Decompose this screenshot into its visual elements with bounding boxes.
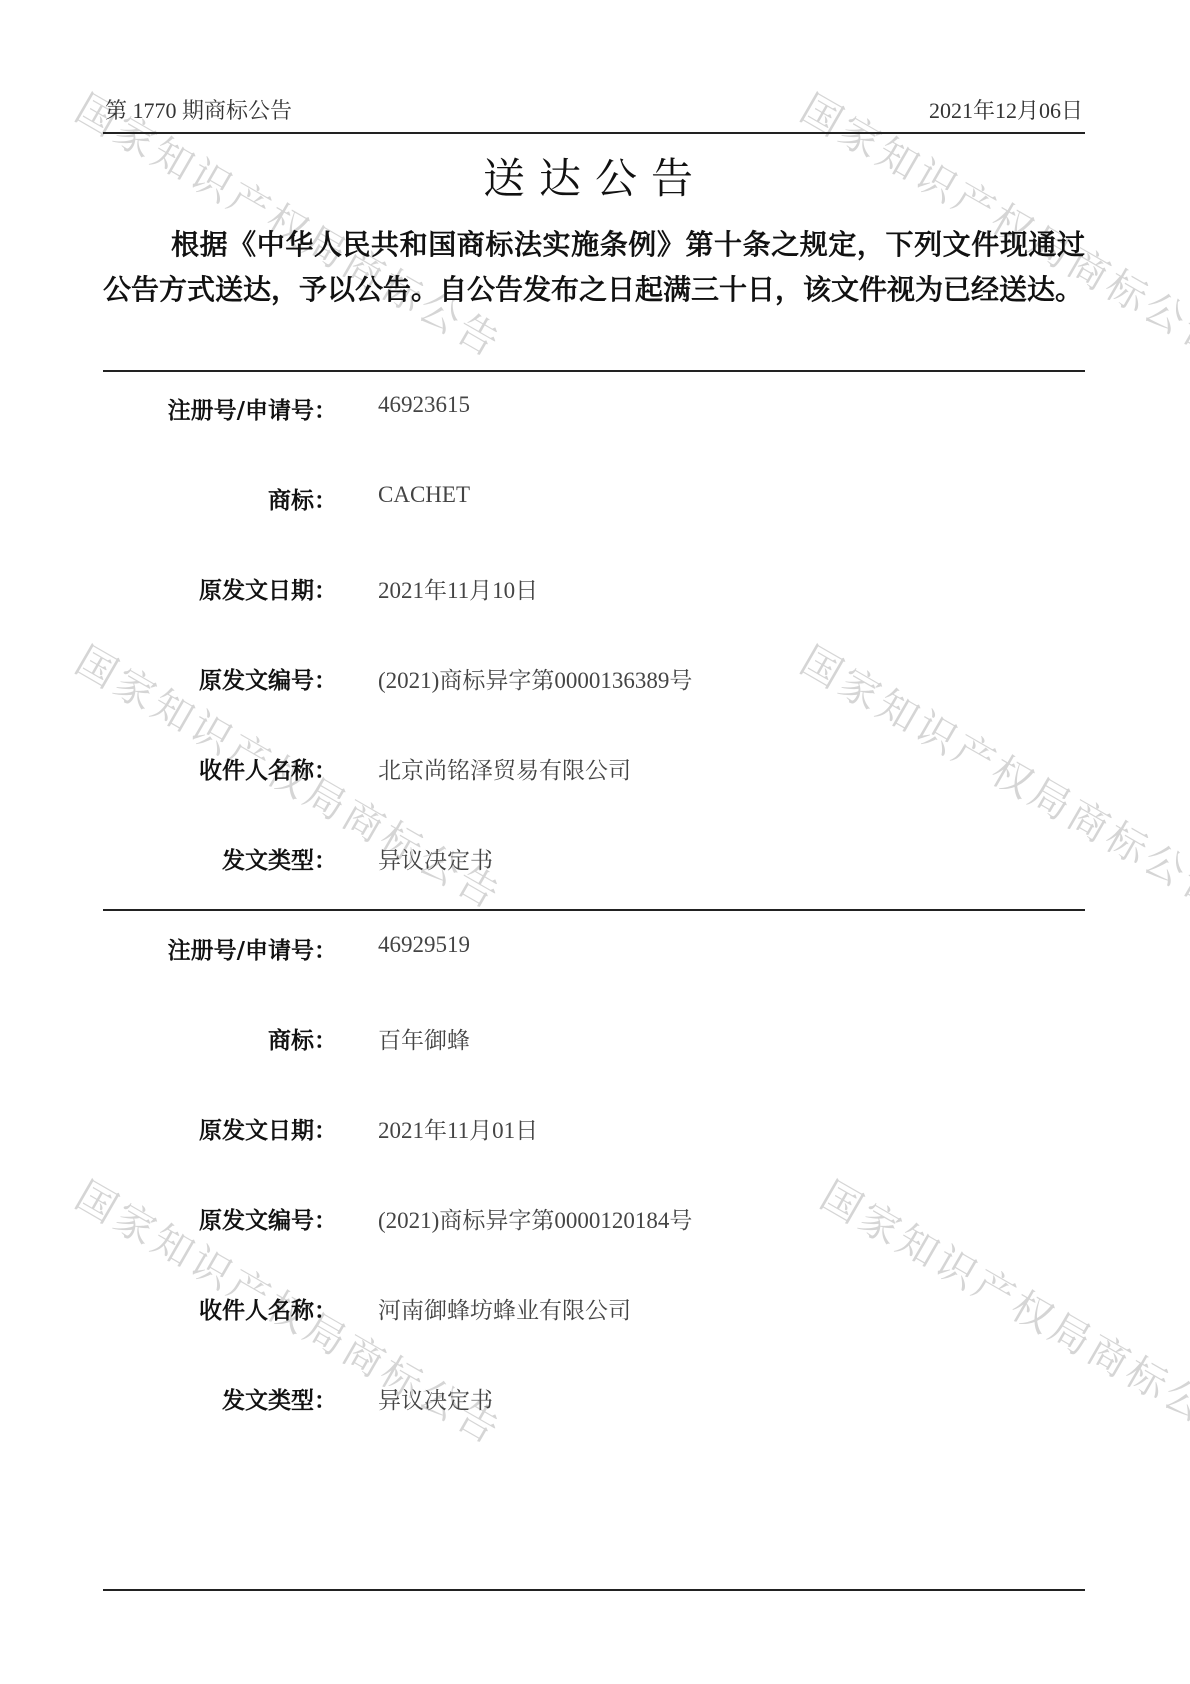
orig-doc-no-value: (2021)商标异字第0000120184号: [378, 1202, 692, 1235]
field-trademark: 商标： 百年御蜂: [0, 1022, 1190, 1062]
field-label: 注册号/申请号：: [168, 932, 337, 965]
page-title: 送达公告: [0, 146, 1190, 206]
field-label: 商标：: [268, 482, 337, 515]
field-reg-no: 注册号/申请号： 46923615: [0, 392, 1190, 432]
divider: [103, 909, 1085, 911]
field-label: 商标：: [268, 1022, 337, 1055]
page-header: 第 1770 期商标公告 2021年12月06日: [103, 92, 1085, 134]
field-trademark: 商标： CACHET: [0, 482, 1190, 522]
trademark-value: 百年御蜂: [378, 1022, 470, 1055]
field-label: 原发文日期：: [199, 1112, 337, 1145]
issue-number: 第 1770 期商标公告: [105, 94, 292, 125]
divider: [103, 370, 1085, 372]
field-label: 原发文日期：: [199, 572, 337, 605]
field-doc-type: 发文类型： 异议决定书: [0, 1382, 1190, 1422]
field-label: 发文类型：: [222, 842, 337, 875]
recipient-value: 北京尚铭泽贸易有限公司: [378, 752, 631, 785]
field-orig-doc-no: 原发文编号： (2021)商标异字第0000120184号: [0, 1202, 1190, 1242]
doc-type-value: 异议决定书: [378, 842, 493, 875]
field-label: 收件人名称：: [199, 1292, 337, 1325]
field-recipient: 收件人名称： 河南御蜂坊蜂业有限公司: [0, 1292, 1190, 1332]
field-label: 发文类型：: [222, 1382, 337, 1415]
orig-date-value: 2021年11月10日: [378, 572, 538, 605]
field-orig-date: 原发文日期： 2021年11月01日: [0, 1112, 1190, 1152]
field-doc-type: 发文类型： 异议决定书: [0, 842, 1190, 882]
field-label: 注册号/申请号：: [168, 392, 337, 425]
field-label: 收件人名称：: [199, 752, 337, 785]
issue-date: 2021年12月06日: [929, 94, 1083, 125]
divider: [103, 1589, 1085, 1591]
field-orig-date: 原发文日期： 2021年11月10日: [0, 572, 1190, 612]
field-reg-no: 注册号/申请号： 46929519: [0, 932, 1190, 972]
field-recipient: 收件人名称： 北京尚铭泽贸易有限公司: [0, 752, 1190, 792]
orig-date-value: 2021年11月01日: [378, 1112, 538, 1145]
field-label: 原发文编号：: [199, 662, 337, 695]
doc-type-value: 异议决定书: [378, 1382, 493, 1415]
reg-no-value: 46929519: [378, 932, 470, 958]
intro-paragraph: 根据《中华人民共和国商标法实施条例》第十条之规定，下列文件现通过公告方式送达，予…: [103, 222, 1085, 312]
field-orig-doc-no: 原发文编号： (2021)商标异字第0000136389号: [0, 662, 1190, 702]
recipient-value: 河南御蜂坊蜂业有限公司: [378, 1292, 631, 1325]
orig-doc-no-value: (2021)商标异字第0000136389号: [378, 662, 692, 695]
field-label: 原发文编号：: [199, 1202, 337, 1235]
reg-no-value: 46923615: [378, 392, 470, 418]
trademark-value: CACHET: [378, 482, 470, 508]
